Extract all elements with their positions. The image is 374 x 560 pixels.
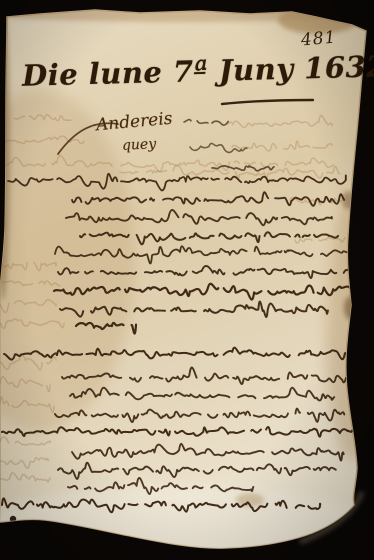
photograph-backdrop: 481 Die lune 7ª Juny 1632 Andereis quey xyxy=(0,0,374,560)
manuscript-page xyxy=(0,0,374,560)
